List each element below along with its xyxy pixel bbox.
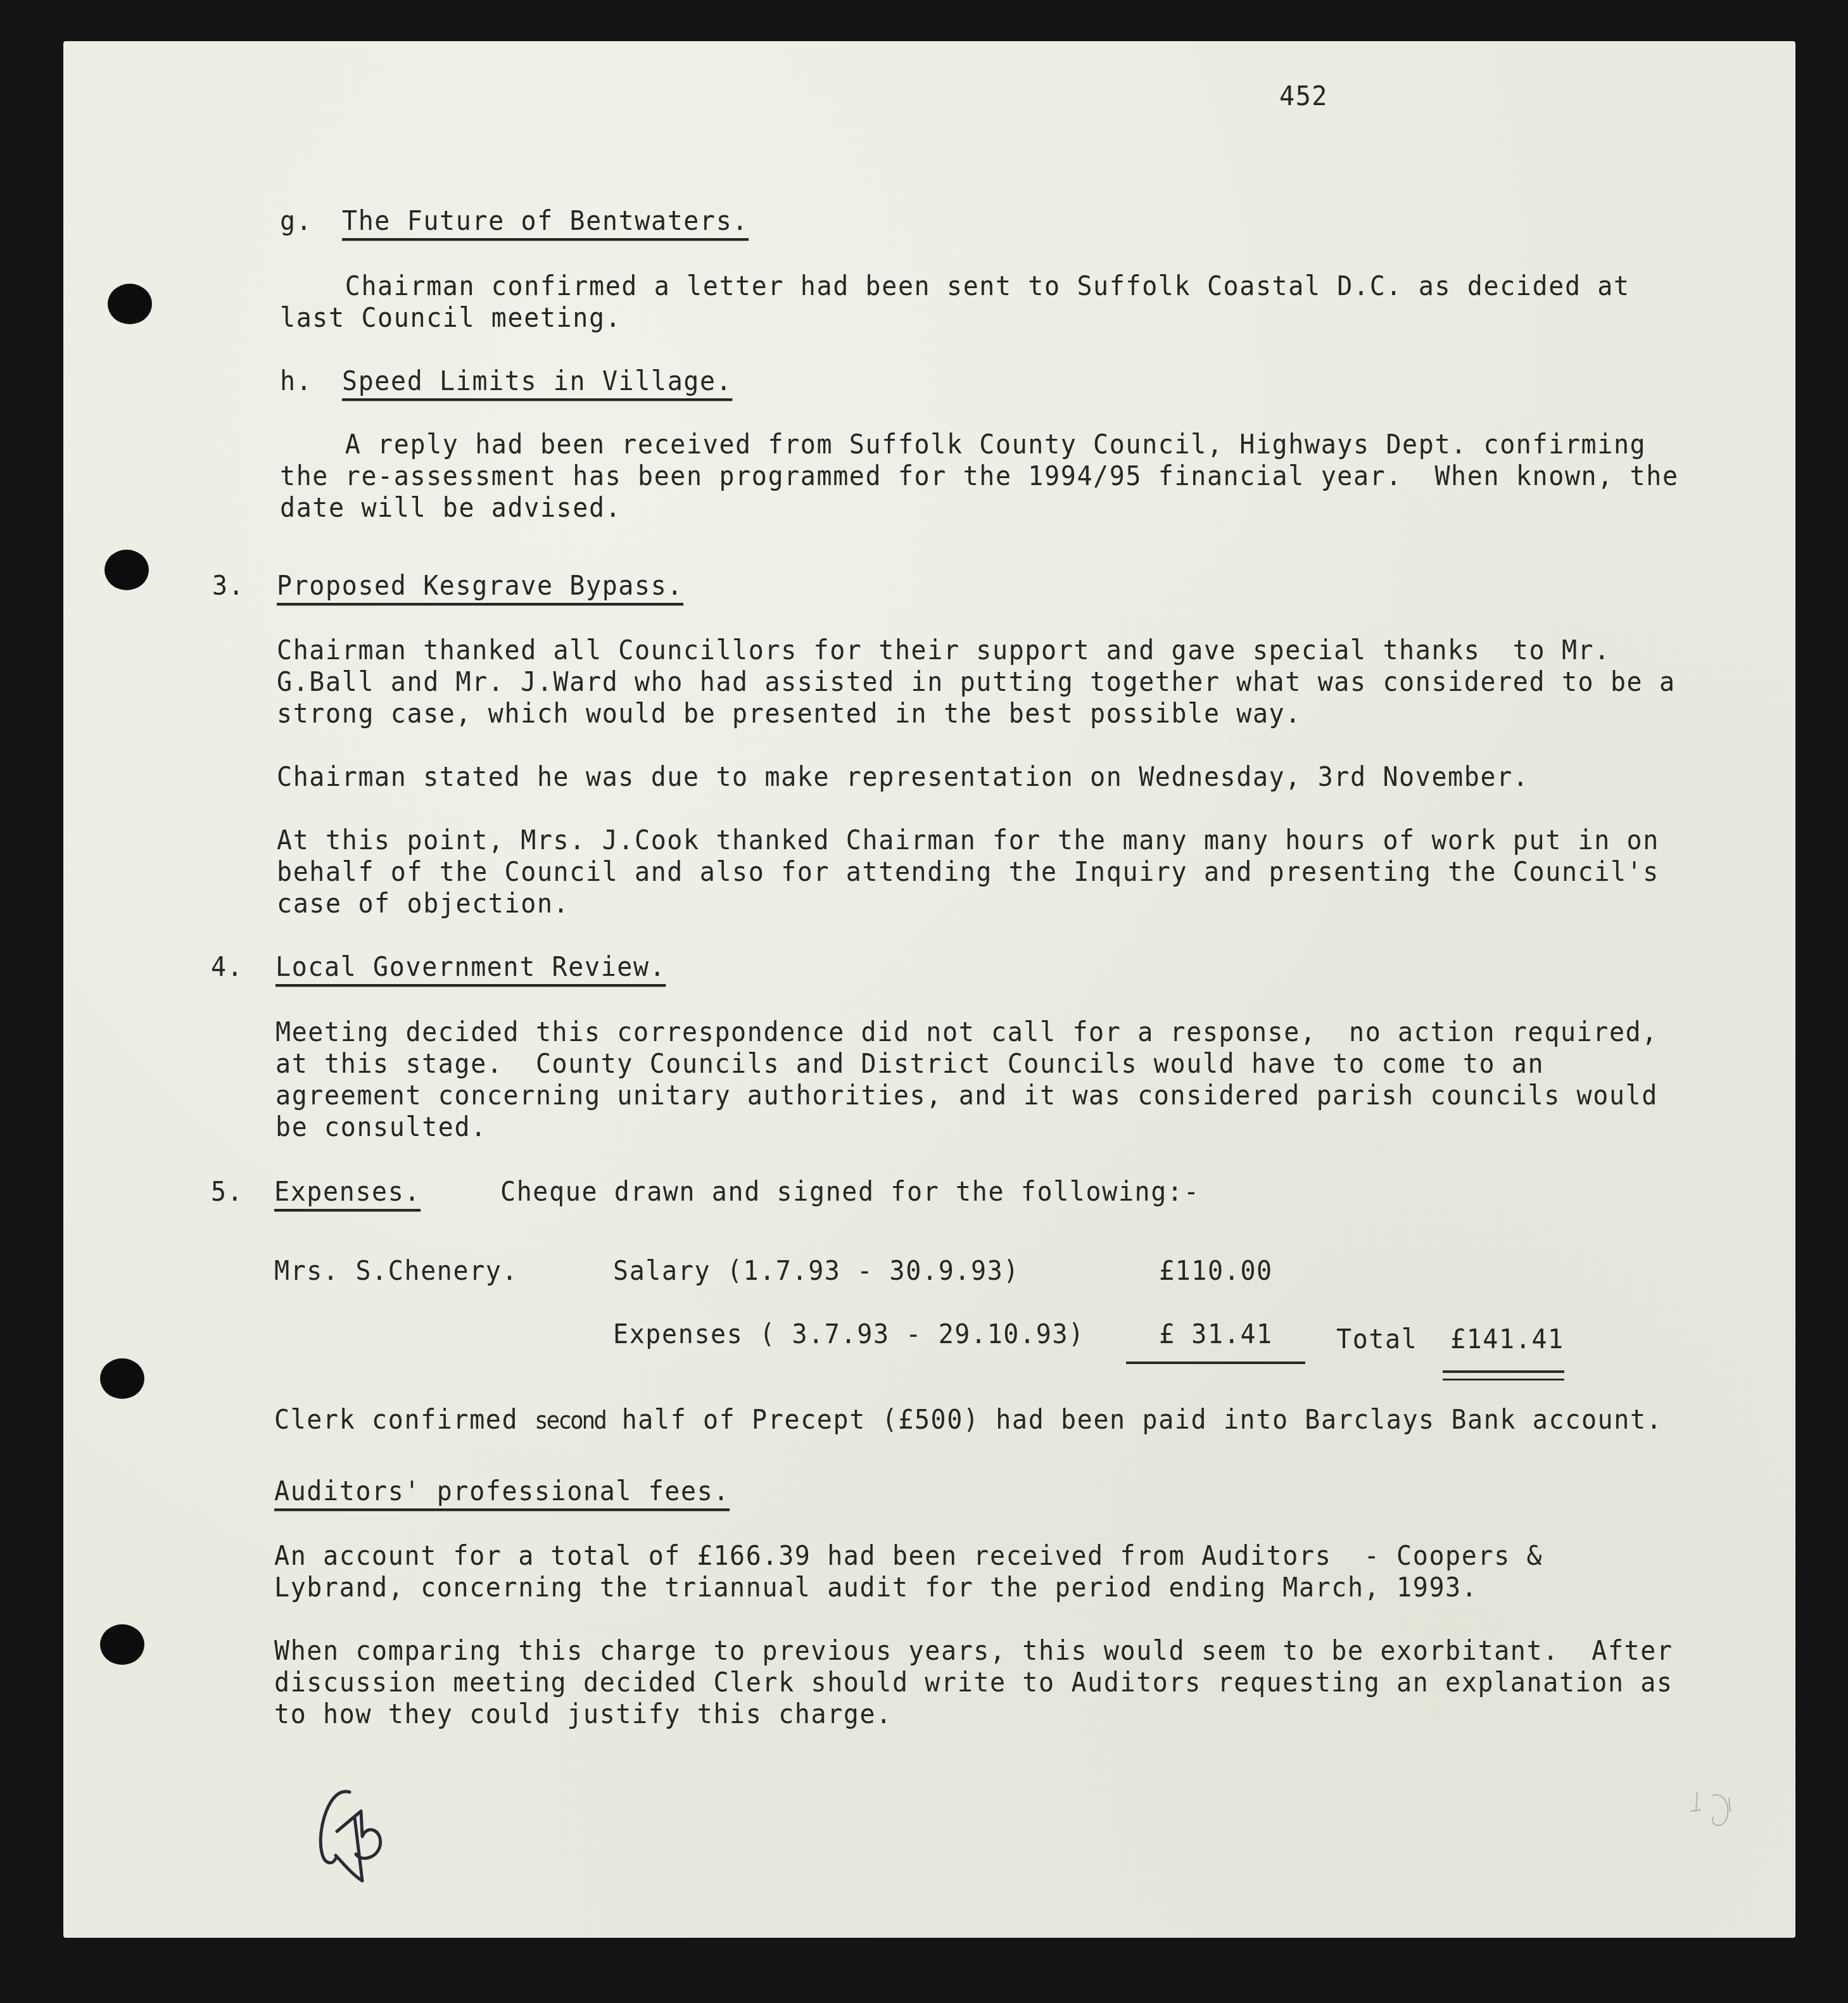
section-5-intro: Cheque drawn and signed for the followin…	[500, 1175, 1199, 1209]
expense-item-2-description: Expenses ( 3.7.93 - 29.10.93)	[613, 1317, 1085, 1351]
auditors-heading: Auditors' professional fees.	[274, 1474, 730, 1508]
section-3-para3-line-1: At this point, Mrs. J.Cook thanked Chair…	[277, 823, 1659, 857]
precept-line-part-2: half of Precept (£500) had been paid int…	[605, 1404, 1662, 1436]
section-4-line-3: agreement concerning unitary authorities…	[275, 1078, 1658, 1113]
expense-total-label: Total	[1336, 1322, 1417, 1356]
punch-hole-3	[100, 1358, 144, 1399]
auditors-para2-line-3: to how they could justify this charge.	[274, 1697, 892, 1731]
section-h-line-2: the re-assessment has been programmed fo…	[280, 459, 1679, 493]
expense-item-2-amount: £ 31.41	[1159, 1317, 1273, 1351]
section-3-marker: 3.	[212, 569, 244, 603]
page-number: 452	[1279, 79, 1328, 113]
precept-line-inserted-word: second	[535, 1406, 605, 1434]
section-g-line-1: Chairman confirmed a letter had been sen…	[280, 269, 1630, 303]
precept-line: Clerk confirmed second half of Precept (…	[274, 1403, 1662, 1438]
precept-line-part-1: Clerk confirmed	[274, 1404, 535, 1436]
handwritten-initials-signature	[317, 1786, 386, 1887]
section-3-heading: Proposed Kesgrave Bypass.	[277, 569, 683, 603]
section-g-heading: The Future of Bentwaters.	[342, 204, 749, 238]
subtotal-rule	[1126, 1362, 1305, 1364]
section-g-marker: g.	[280, 204, 312, 238]
section-5-marker: 5.	[211, 1175, 243, 1209]
section-h-line-3: date will be advised.	[280, 491, 621, 525]
section-3-para1-line-2: G.Ball and Mr. J.Ward who had assisted i…	[277, 665, 1676, 699]
auditors-para1-line-1: An account for a total of £166.39 had be…	[274, 1539, 1543, 1573]
section-h-marker: h.	[280, 364, 312, 398]
punch-hole-1	[108, 284, 152, 324]
expense-total-amount: £141.41	[1450, 1322, 1564, 1356]
section-4-marker: 4.	[211, 950, 243, 984]
section-4-line-4: be consulted.	[275, 1110, 487, 1144]
expense-payee: Mrs. S.Chenery.	[274, 1254, 518, 1288]
auditors-para2-line-2: discussion meeting decided Clerk should …	[274, 1665, 1673, 1700]
section-4-line-2: at this stage. County Councils and Distr…	[275, 1047, 1544, 1081]
pencil-mark	[1685, 1786, 1742, 1849]
section-4-line-1: Meeting decided this correspondence did …	[275, 1015, 1658, 1049]
section-3-para2-line-1: Chairman stated he was due to make repre…	[277, 760, 1529, 794]
total-double-rule-bottom	[1443, 1379, 1564, 1381]
auditors-para1-line-2: Lybrand, concerning the triannual audit …	[274, 1570, 1478, 1605]
section-3-para3-line-2: behalf of the Council and also for atten…	[277, 855, 1659, 889]
punch-hole-2	[104, 550, 149, 590]
section-h-heading: Speed Limits in Village.	[342, 364, 732, 398]
expense-item-1-description: Salary (1.7.93 - 30.9.93)	[613, 1254, 1020, 1288]
section-5-heading: Expenses.	[274, 1175, 421, 1209]
punch-hole-4	[100, 1624, 144, 1665]
section-h-line-1: A reply had been received from Suffolk C…	[280, 427, 1646, 462]
total-double-rule-top	[1443, 1370, 1564, 1373]
section-4-heading: Local Government Review.	[275, 950, 666, 984]
section-g-line-2: last Council meeting.	[280, 301, 621, 335]
expense-item-1-amount: £110.00	[1159, 1254, 1273, 1288]
section-3-para3-line-3: case of objection.	[277, 887, 569, 921]
section-3-para1-line-1: Chairman thanked all Councillors for the…	[277, 633, 1611, 667]
auditors-para2-line-1: When comparing this charge to previous y…	[274, 1634, 1673, 1668]
section-3-para1-line-3: strong case, which would be presented in…	[277, 697, 1301, 731]
